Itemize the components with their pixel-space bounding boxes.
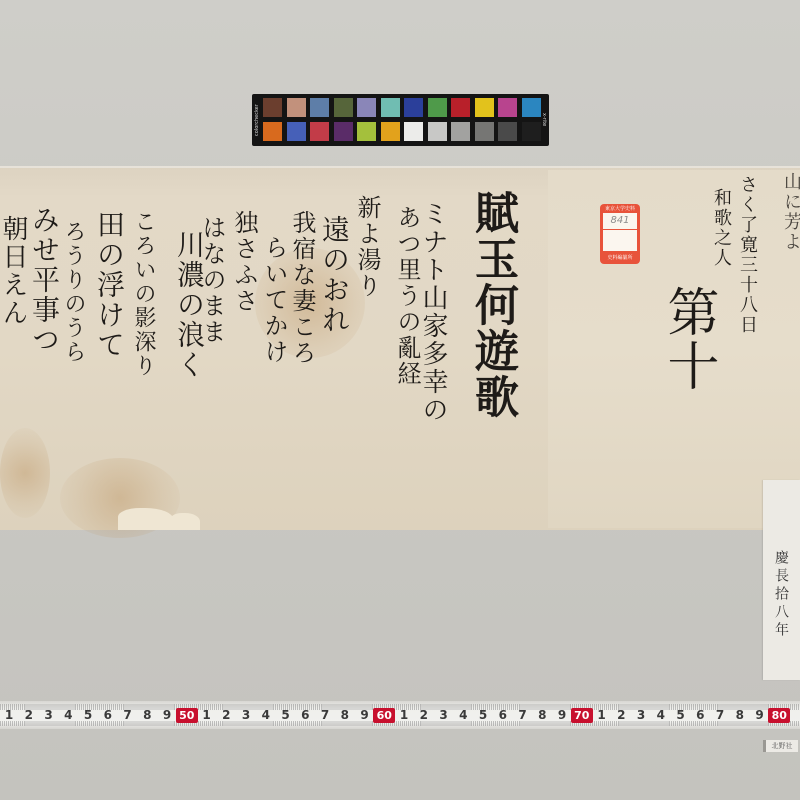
color-patch <box>428 122 447 141</box>
ruler-minor-label: 1 <box>0 708 19 722</box>
label-number: 841 <box>603 215 637 226</box>
calligraphy-column: 新よ湯り <box>355 195 379 299</box>
ruler-minor-label: 8 <box>137 708 157 722</box>
calligraphy-column: 朝日えん <box>0 215 26 327</box>
calligraphy-column: らいてかけ <box>262 235 286 365</box>
color-patch <box>334 122 353 141</box>
color-patch <box>522 98 541 117</box>
calligraphy-column: ろうりのうら <box>62 220 84 364</box>
ruler-major-label: 70 <box>571 708 593 723</box>
slip-text: 慶長拾八年 <box>771 550 791 640</box>
ruler-minor-label: 4 <box>453 708 473 722</box>
ruler-minor-label: 4 <box>651 708 671 722</box>
ruler-minor-label: 9 <box>750 708 770 722</box>
ruler-minor-label: 3 <box>39 708 59 722</box>
color-patch <box>428 98 447 117</box>
color-patch <box>498 98 517 117</box>
ruler-major-label: 80 <box>768 708 790 723</box>
ruler-minor-label: 6 <box>493 708 513 722</box>
ruler-minor-label: 8 <box>532 708 552 722</box>
ruler-major-label: 50 <box>176 708 198 723</box>
color-patch <box>381 98 400 117</box>
ruler-minor-label: 6 <box>98 708 118 722</box>
calligraphy-column: みせ平事つ <box>30 205 58 355</box>
ruler-minor-label: 7 <box>513 708 533 722</box>
calligraphy-column: ころいの影深り <box>132 210 154 378</box>
color-patch <box>451 98 470 117</box>
ruler-minor-label: 8 <box>335 708 355 722</box>
color-patch <box>498 122 517 141</box>
checker-brand-label: colorchecker <box>254 102 262 138</box>
ruler-numbers: 1234567895012345678960123456789701234567… <box>0 708 800 724</box>
ruler-minor-label: 2 <box>19 708 39 722</box>
calligraphy-column: あつ里うの亂経 <box>395 205 419 387</box>
ruler-minor-label: 6 <box>295 708 315 722</box>
ruler-minor-label: 7 <box>710 708 730 722</box>
library-catalog-label: 東京大学史料 841 史料編纂所 <box>600 204 640 264</box>
color-patch <box>475 98 494 117</box>
ruler-minor-label: 1 <box>592 708 612 722</box>
ruler-minor-label: 7 <box>118 708 138 722</box>
ruler-minor-label: 4 <box>256 708 276 722</box>
ruler-minor-label: 5 <box>671 708 691 722</box>
date-slip: 慶長拾八年 <box>763 480 800 680</box>
color-patch <box>263 122 282 141</box>
ruler-minor-label: 5 <box>276 708 296 722</box>
annotation-edge: 山に芳よ <box>782 172 800 252</box>
annotation-author: 和歌之人 <box>712 188 730 268</box>
section-title: 第十 <box>662 285 714 393</box>
paper-tear <box>170 513 200 530</box>
calligraphy-column: はなのまま <box>200 215 224 345</box>
ruler-minor-label: 9 <box>157 708 177 722</box>
calligraphy-column: 賦玉何遊歌 <box>470 190 514 420</box>
water-stain <box>0 428 50 518</box>
ruler-minor-label: 3 <box>631 708 651 722</box>
label-department: 史料編纂所 <box>600 254 640 261</box>
ruler-minor-label: 2 <box>414 708 434 722</box>
ruler-major-label: 60 <box>373 708 395 723</box>
ruler-minor-label: 4 <box>58 708 78 722</box>
ruler-minor-label: 1 <box>394 708 414 722</box>
color-patch-grid <box>263 98 541 142</box>
color-patch <box>310 98 329 117</box>
color-patch <box>287 122 306 141</box>
ruler-minor-label: 3 <box>434 708 454 722</box>
calligraphy-column: 我宿な妻ころ <box>290 210 314 366</box>
color-patch <box>451 122 470 141</box>
color-patch <box>263 98 282 117</box>
ruler-minor-label: 2 <box>216 708 236 722</box>
color-patch <box>334 98 353 117</box>
calligraphy-column: 遠のおれ <box>320 215 348 335</box>
color-patch <box>381 122 400 141</box>
annotation-date: さく了寛三十八日 <box>738 175 756 335</box>
color-patch <box>404 98 423 117</box>
color-patch <box>287 98 306 117</box>
ruler-minor-label: 5 <box>473 708 493 722</box>
ruler-minor-label: 9 <box>552 708 572 722</box>
color-patch <box>357 122 376 141</box>
ruler-minor-label: 2 <box>611 708 631 722</box>
color-patch <box>522 122 541 141</box>
calligraphy-column: 田の浮けて <box>95 210 123 360</box>
ruler-minor-label: 5 <box>78 708 98 722</box>
ruler-minor-label: 6 <box>690 708 710 722</box>
color-checker-card: colorchecker x-rite <box>252 94 549 146</box>
ruler-minor-label: 9 <box>355 708 375 722</box>
label-institution: 東京大学史料 <box>600 205 640 212</box>
calligraphy-column: ミナト山家多幸の <box>420 200 446 424</box>
color-patch <box>310 122 329 141</box>
shrine-tag: 北野社 <box>766 740 798 752</box>
ruler-minor-label: 3 <box>236 708 256 722</box>
ruler-minor-label: 8 <box>730 708 750 722</box>
label-divider <box>603 229 637 230</box>
ruler-minor-label: 1 <box>197 708 217 722</box>
paper-tear <box>118 508 173 530</box>
ruler-minor-label: 7 <box>315 708 335 722</box>
color-patch <box>404 122 423 141</box>
calligraphy-column: 独さふさ <box>232 210 256 314</box>
color-patch <box>357 98 376 117</box>
measuring-tape: 1234567895012345678960123456789701234567… <box>0 701 800 729</box>
color-patch <box>475 122 494 141</box>
xrite-logo: x-rite <box>539 108 547 132</box>
